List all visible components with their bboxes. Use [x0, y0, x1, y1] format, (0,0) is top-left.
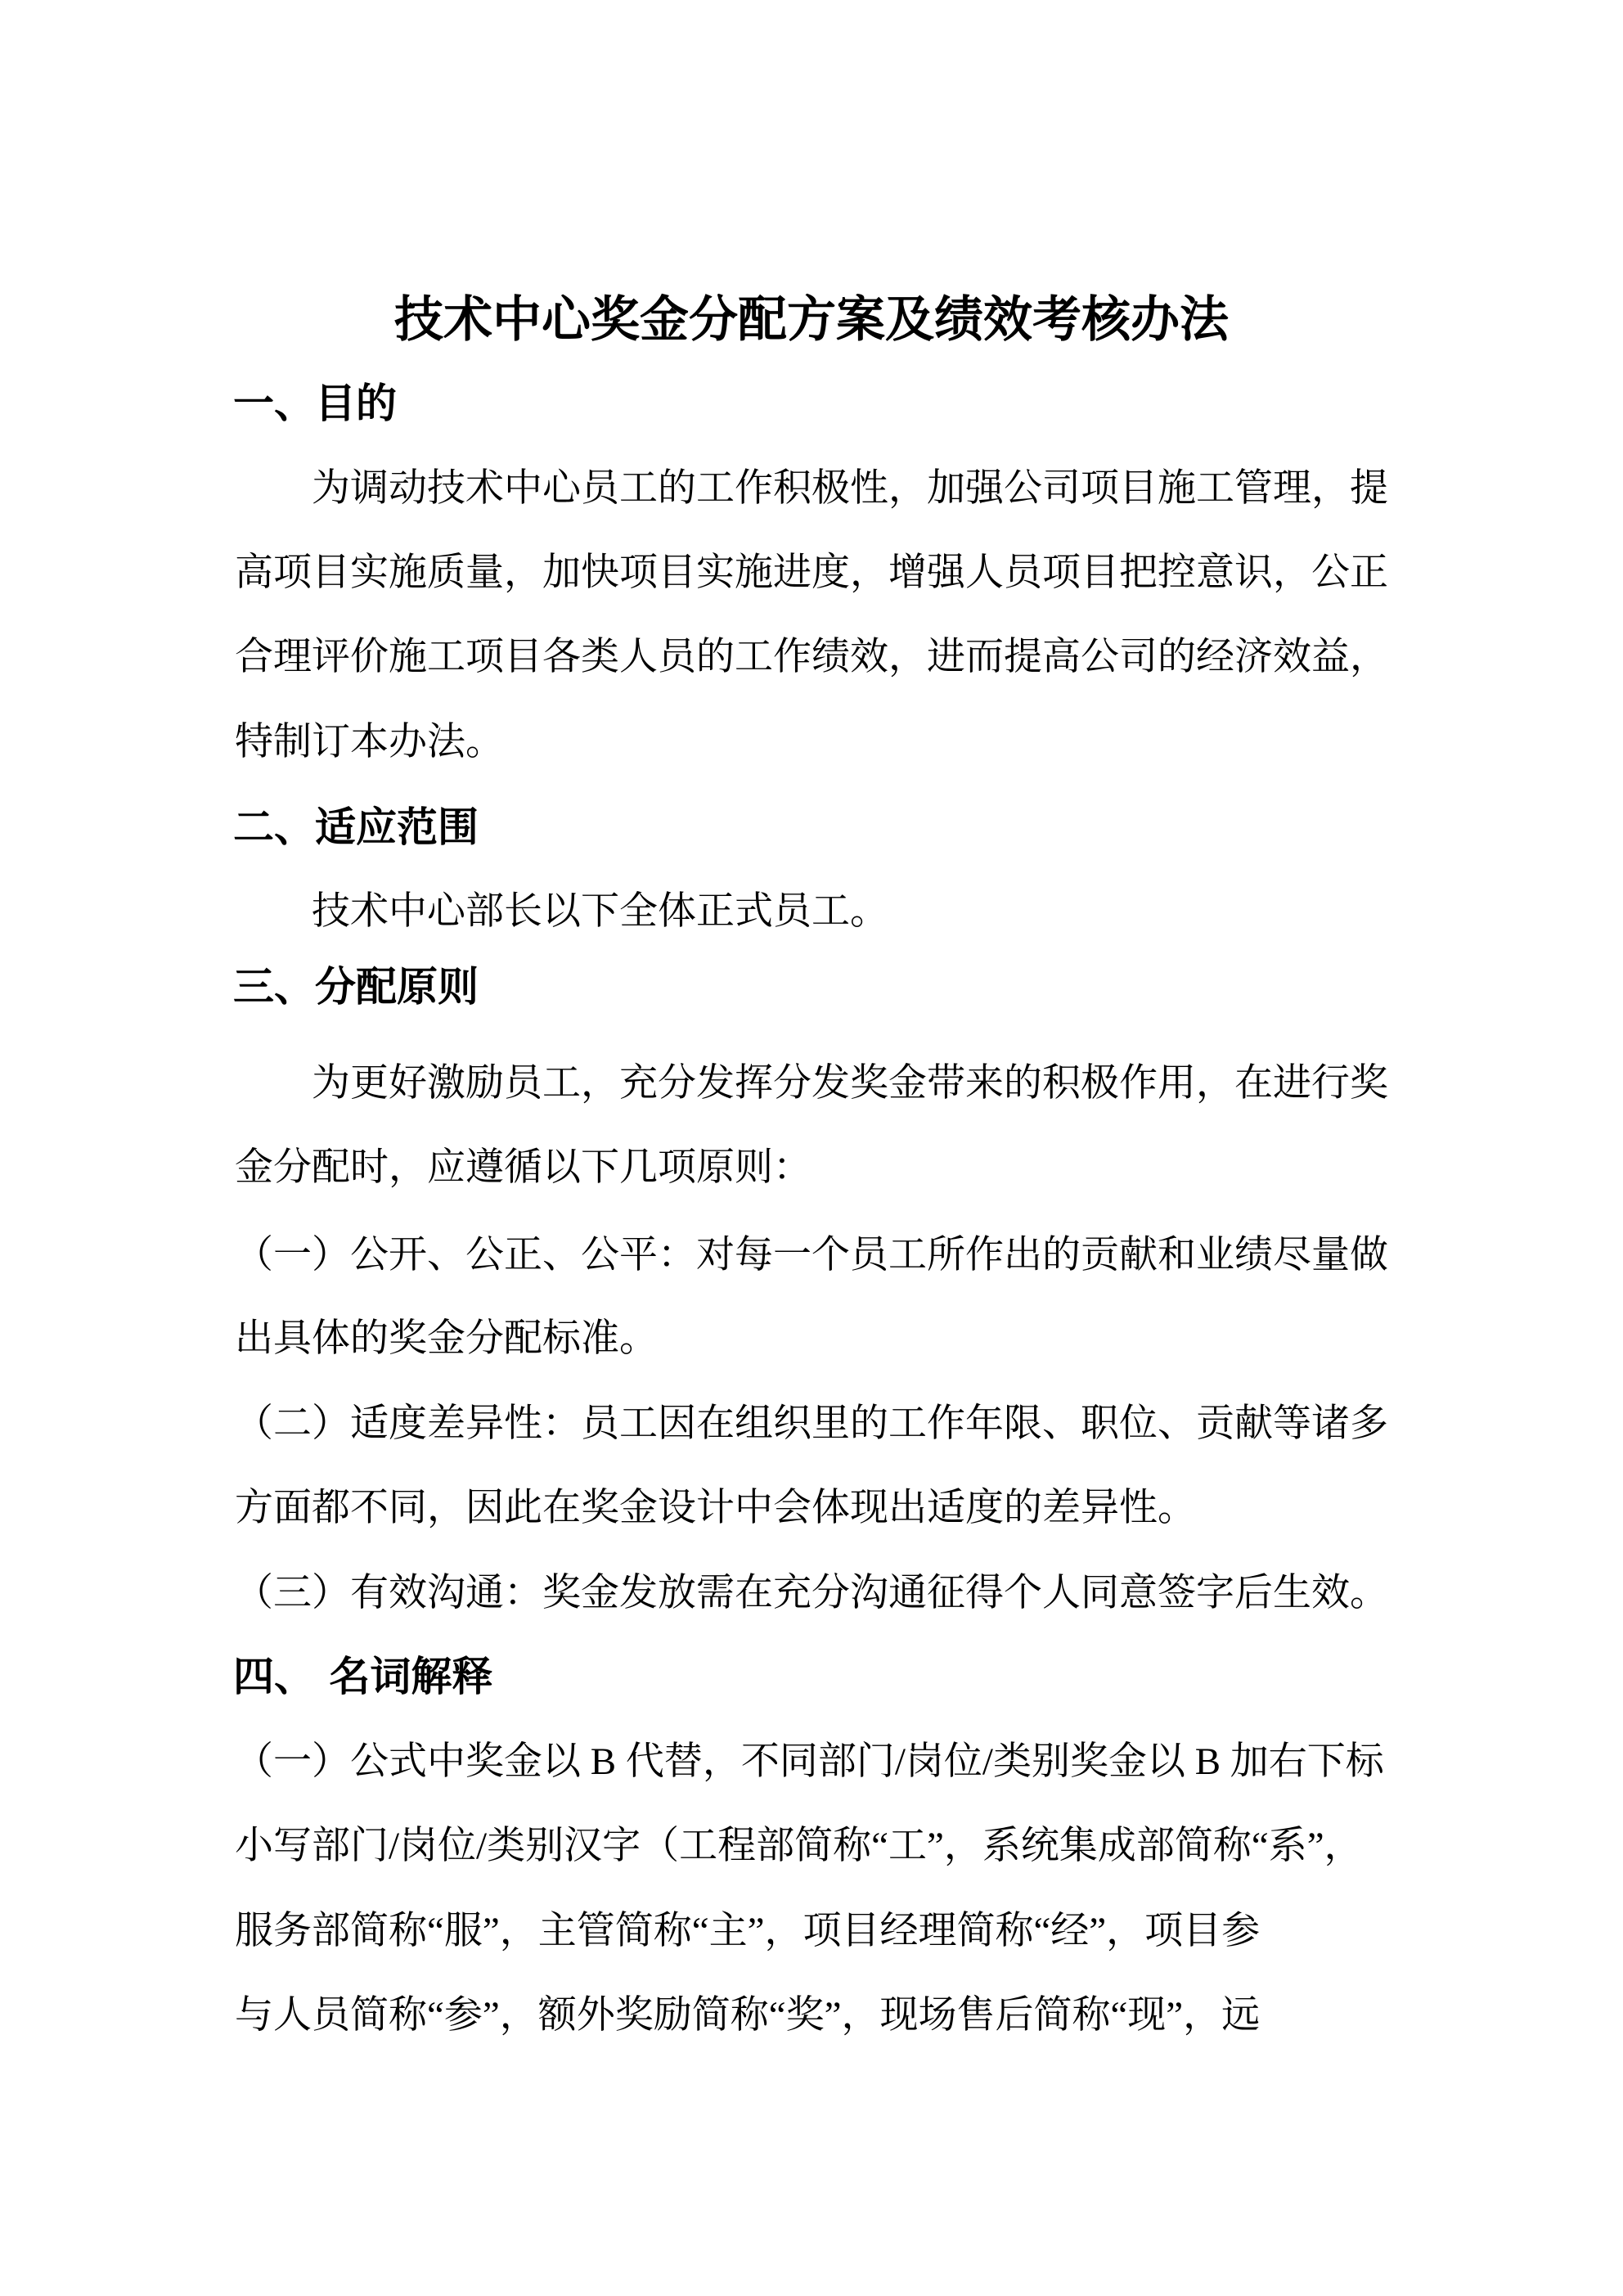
section-heading-terminology: 四、 名词解释 [233, 1656, 492, 1697]
body-line: （一）公开、公正、公平：对每一个员工所作出的贡献和业绩尽量做 [235, 1236, 1388, 1275]
body-line: （三）有效沟通：奖金发放需在充分沟通征得个人同意签字后生效。 [235, 1574, 1388, 1613]
body-line: 合理评价施工项目各类人员的工作绩效，进而提高公司的经济效益， [235, 638, 1388, 677]
document-page: 技术中心奖金分配方案及绩效考核办法 一、目的 为调动技术中心员工的工作积极性，加… [0, 0, 1623, 2296]
section-heading-purpose: 一、目的 [233, 383, 397, 424]
body-line: 技术中心部长以下全体正式员工。 [312, 893, 888, 931]
body-line: 出具体的奖金分配标准。 [235, 1320, 658, 1358]
body-line: 特制订本办法。 [235, 723, 504, 762]
section-heading-scope: 二、适应范围 [233, 807, 479, 848]
body-line: （二）适度差异性：员工因在组织里的工作年限、职位、贡献等诸多 [235, 1405, 1388, 1443]
section-heading-principles: 三、分配原则 [233, 966, 479, 1007]
body-line: 为更好激励员工，充分发挥分发奖金带来的积极作用，在进行奖 [312, 1065, 1388, 1103]
body-line: 服务部简称“服”，主管简称“主”，项目经理简称“经”，项目参 [235, 1912, 1260, 1951]
document-title: 技术中心奖金分配方案及绩效考核办法 [0, 295, 1623, 344]
body-line: 为调动技术中心员工的工作积极性，加强公司项目施工管理，提 [312, 470, 1388, 508]
body-line: 小写部门/岗位/类别汉字（工程部简称“工”，系统集成部简称“系”， [235, 1827, 1363, 1866]
body-line: （一）公式中奖金以 B 代替，不同部门/岗位/类别奖金以 B 加右下标 [235, 1743, 1384, 1781]
body-line: 与人员简称“参”，额外奖励简称“奖”，现场售后简称“现”，远 [235, 1997, 1260, 2035]
body-line: 高项目实施质量，加快项目实施进度，增强人员项目把控意识，公正 [235, 554, 1388, 592]
body-line: 金分配时，应遵循以下几项原则： [235, 1149, 811, 1187]
body-line: 方面都不同，因此在奖金设计中会体现出适度的差异性。 [235, 1489, 1196, 1528]
